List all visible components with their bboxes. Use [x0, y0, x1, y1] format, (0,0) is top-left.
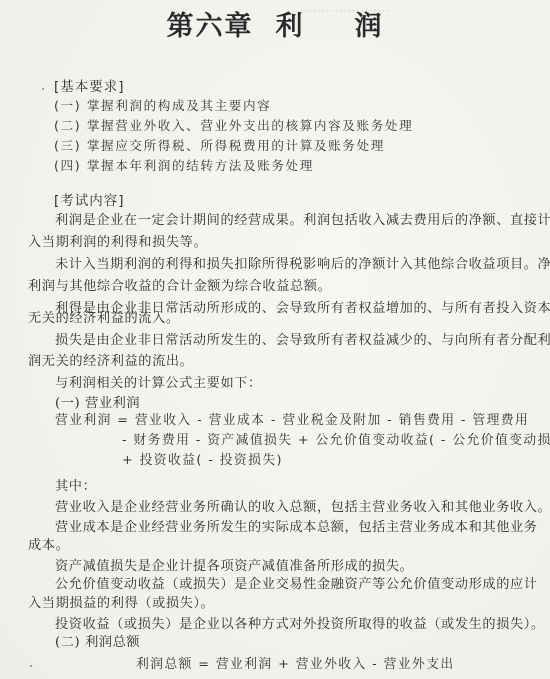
section-operating-profit-heading: (一) 营业利润: [55, 396, 140, 412]
paragraph-oci-line-1: 未计入当期利润的利得和损失扣除所得税影响后的净额计入其他综合收益项目。净: [55, 257, 550, 273]
document-page: ····················· 第六章利润 [基本要求] (一) 掌…: [0, 0, 550, 679]
definition-fair-value-line-1: 公允价值变动收益（或损失）是企业交易性金融资产等公允价值变动形成的应计: [55, 577, 538, 593]
section-total-profit-heading: (二) 利润总额: [55, 635, 140, 651]
definition-operating-cost-line-2: 成本。: [28, 538, 69, 554]
exam-content-heading: [考试内容]: [54, 193, 125, 209]
total-profit-formula: 利润总额 = 营业利润 + 营业外收入 - 营业外支出: [136, 657, 455, 673]
requirement-item-4: (四) 掌握本年利润的结转方法及账务处理: [54, 158, 314, 174]
operating-profit-formula-line-1: 营业利润 = 营业收入 - 营业成本 - 营业税金及附加 - 销售费用 - 管理…: [55, 413, 529, 429]
requirement-item-3: (三) 掌握应交所得税、所得税费用的计算及账务处理: [54, 138, 385, 154]
requirement-item-2: (二) 掌握营业外收入、营业外支出的核算内容及账务处理: [54, 118, 413, 134]
operating-profit-formula-line-3: + 投资收益( - 投资损失): [122, 453, 283, 469]
formula-intro: 与利润相关的计算公式主要如下：: [55, 376, 262, 392]
requirement-item-1: (一) 掌握利润的构成及其主要内容: [54, 98, 271, 114]
paragraph-losses-line-2: 润无关的经济利益的流出。: [28, 354, 193, 370]
definition-operating-revenue: 营业收入是企业经营业务所确认的收入总额，包括主营业务收入和其他业务收入。: [55, 500, 550, 516]
paragraph-profit-line-1: 利润是企业在一定会计期间的经营成果。利润包括收入减去费用后的净额、直接计: [55, 213, 550, 229]
definition-asset-impairment: 资产减值损失是企业计提各项资产减值准备所形成的损失。: [55, 559, 413, 575]
margin-dot-bottom: [30, 665, 32, 667]
paragraph-gains-line-2-visible: 无关的经济利益的流入。: [28, 311, 180, 327]
chapter-title-word-1: 利: [276, 4, 305, 43]
chapter-number: 第六章: [167, 4, 254, 43]
operating-profit-formula-line-2: - 财务费用 - 资产减值损失 + 公允价值变动收益( - 公允价值变动损失): [122, 433, 550, 449]
definition-fair-value-line-2: 入当期损益的利得（或损失）。: [28, 596, 214, 612]
paragraph-losses-line-1: 损失是由企业非日常活动所发生的、会导致所有者权益减少的、与向所有者分配利: [55, 333, 550, 349]
basic-requirements-heading: [基本要求]: [54, 79, 125, 95]
chapter-title: 第六章利润: [0, 4, 550, 43]
definition-operating-cost-line-1: 营业成本是企业经营业务所发生的实际成本总额，包括主营业务成本和其他业务: [55, 520, 538, 536]
where-label: 其中：: [55, 479, 96, 495]
paragraph-oci-line-2: 利润与其他综合收益的合计金额为综合收益总额。: [28, 279, 331, 295]
margin-dot: [42, 88, 44, 90]
definition-investment-income: 投资收益（或损失）是企业以各种方式对外投资所取得的收益（或发生的损失）。: [55, 617, 545, 633]
paragraph-profit-line-2: 入当期利润的利得和损失等。: [28, 235, 207, 251]
chapter-title-word-2: 润: [355, 4, 384, 43]
